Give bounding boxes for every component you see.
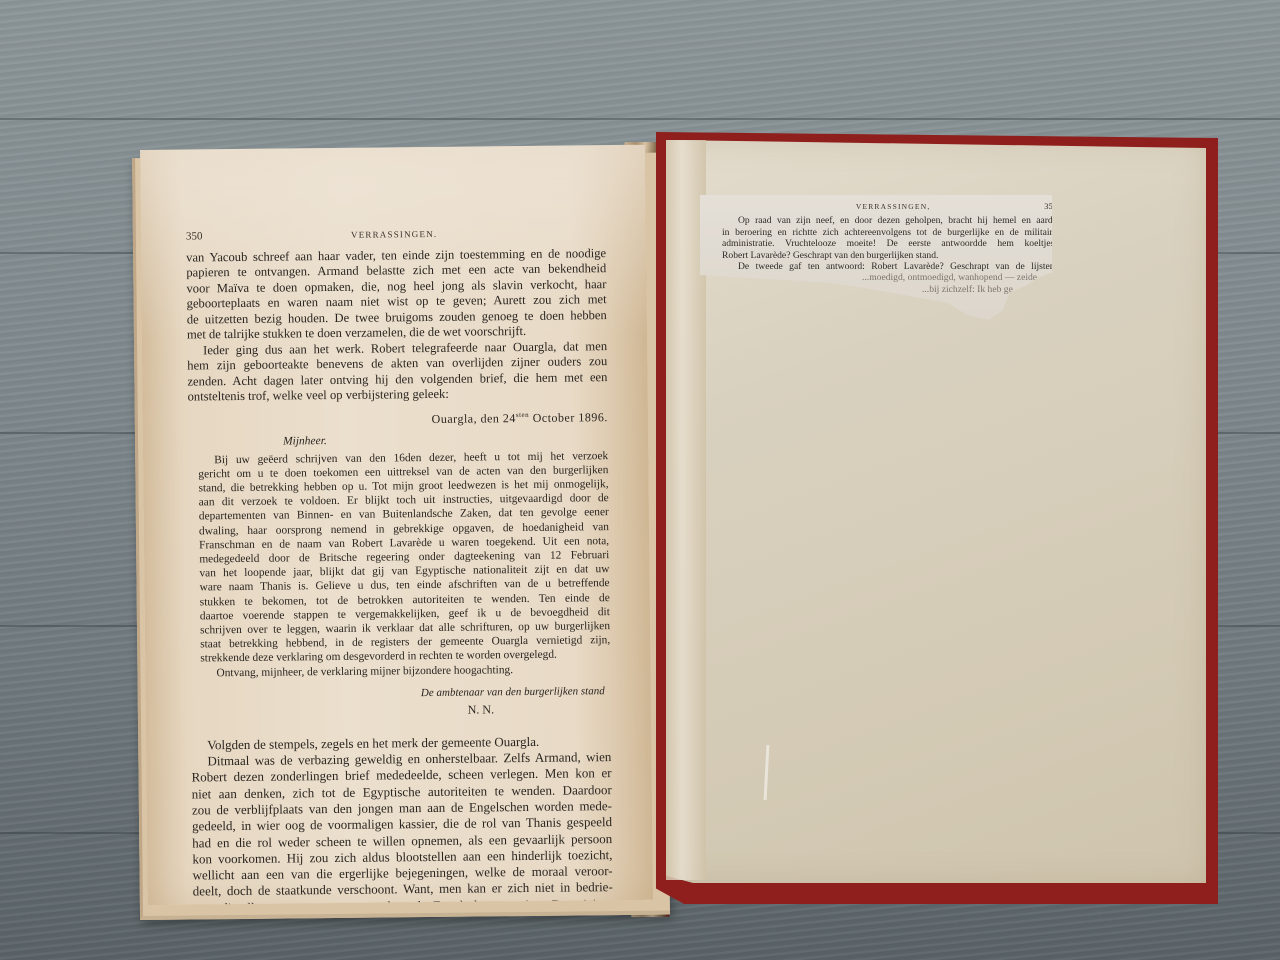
text-line: in beroering en richtte zich achtereenvo… bbox=[722, 227, 1052, 238]
running-head-title: VERRASSINGEN, bbox=[856, 201, 931, 212]
text-line: administratie. Vruchtelooze moeite! De e… bbox=[722, 238, 1052, 249]
left-page: 350 VERRASSINGEN. van Yacoub schreef aan… bbox=[140, 145, 653, 905]
paragraph-2: Ieder ging dus aan het werk. Robert tele… bbox=[187, 339, 608, 405]
fragment-running-head: VERRASSINGEN, 351 bbox=[722, 201, 1052, 212]
paragraph-1: van Yacoub schreef aan haar vader, ten e… bbox=[186, 246, 607, 343]
left-page-text: 350 VERRASSINGEN. van Yacoub schreef aan… bbox=[186, 225, 614, 905]
running-head: 350 VERRASSINGEN. bbox=[186, 225, 606, 245]
text-line: Robert Lavarède? Geschrapt van den burge… bbox=[722, 250, 1052, 261]
signature-initials: N. N. bbox=[191, 701, 611, 721]
paragraph-3: Volgden de stempels, zegels en het merk … bbox=[191, 733, 613, 905]
page-number: 350 bbox=[186, 229, 203, 245]
left-page-block: 350 VERRASSINGEN. van Yacoub schreef aan… bbox=[140, 145, 668, 915]
text-line: Op raad van zijn neef, en door dezen geh… bbox=[722, 215, 1052, 226]
letter-body: Bij uw geëerd schrijven van den 16den de… bbox=[188, 449, 610, 681]
letter-salutation: Mijnheer. bbox=[188, 431, 608, 451]
signature-title: De ambtenaar van den burgerlijken stand bbox=[191, 684, 611, 704]
running-head-title: VERRASSINGEN. bbox=[351, 227, 438, 243]
text-line: De tweede gaf ten antwoord: Robert Lavar… bbox=[722, 261, 1052, 272]
letter-dateline: Ouargla, den 24sten October 1896. bbox=[188, 407, 608, 430]
text-line: ontsteltenis trof, welke veel op verbijs… bbox=[188, 385, 608, 405]
wood-plank-seam bbox=[0, 118, 1280, 120]
page-number: 351 bbox=[1044, 201, 1052, 212]
